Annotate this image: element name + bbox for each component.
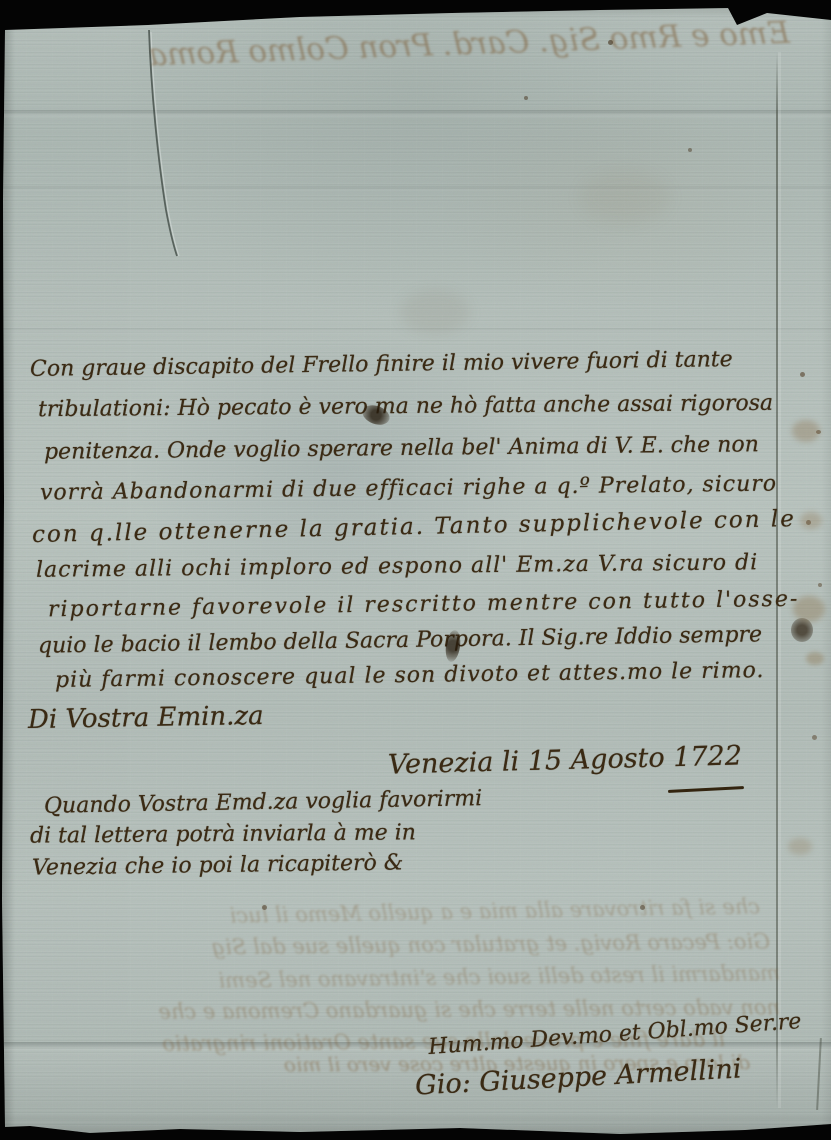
paper-edge-shading <box>0 0 831 1140</box>
paper-sheet: Emo e Rmo Sig. Card. Pron Colmo Roma Con… <box>0 0 831 1140</box>
scanned-letter-page: Emo e Rmo Sig. Card. Pron Colmo Roma Con… <box>0 0 831 1140</box>
